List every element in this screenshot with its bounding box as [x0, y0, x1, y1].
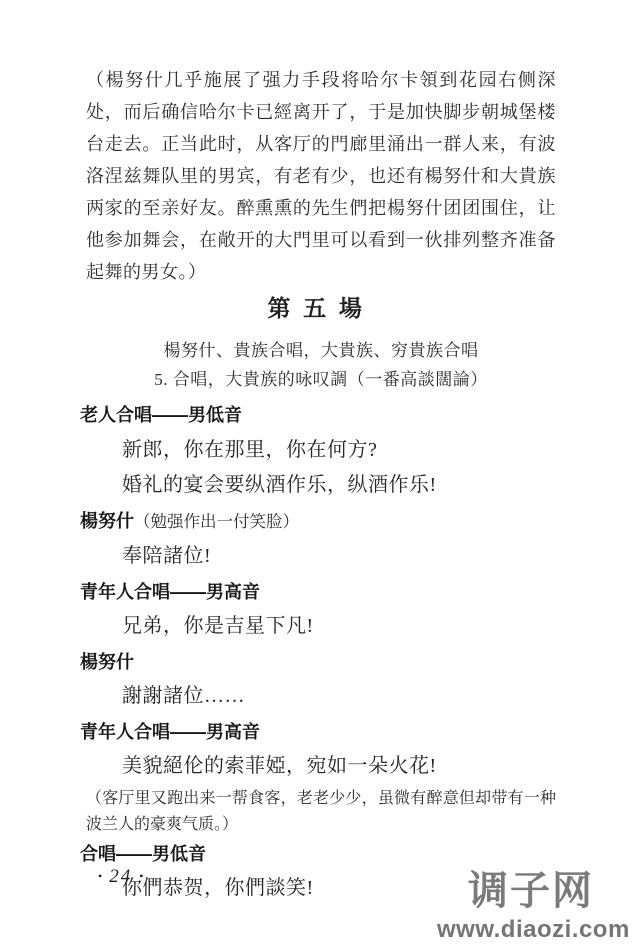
speaker-name: 楊努什 [80, 511, 134, 531]
speaker-heading: 青年人合唱——男高音 [80, 581, 556, 603]
page-number: •24• [98, 866, 143, 888]
lyric-line: 謝謝諸位…… [122, 684, 556, 708]
stage-direction-mid: （客厅里又跑出来一帮食客，老老少少，虽微有醉意但却带有一种波兰人的豪爽气质。） [86, 786, 556, 838]
speaker-heading: 楊努什 [80, 651, 556, 673]
speaker-heading: 老人合唱——男低音 [80, 404, 556, 427]
speaker-name: 老人合唱——男低音 [80, 405, 242, 425]
page-number-left-dot: • [98, 869, 102, 883]
speaker-name: 青年人合唱——男高音 [80, 722, 260, 742]
scanned-book-page: （楊努什几乎施展了强力手段将哈尔卡領到花园右侧深处，而后确信哈尔卡已經离开了，于… [0, 0, 640, 952]
page-number-value: 24 [109, 866, 132, 887]
page-number-right-dot: • [139, 869, 143, 883]
stage-direction-opening: （楊努什几乎施展了强力手段将哈尔卡領到花园右侧深处，而后确信哈尔卡已經离开了，于… [86, 64, 556, 288]
speaker-name: 楊努什 [80, 652, 134, 672]
scene-title: 第五場 [86, 294, 556, 324]
script-blocks: 老人合唱——男低音 新郎，你在那里，你在何方? 婚礼的宴会要纵酒作乐，纵酒作乐!… [86, 404, 556, 900]
lyric-line: 兄弟，你是吉星下凡! [122, 614, 556, 638]
watermark-site-name: 调子网 [468, 869, 594, 913]
watermark-site-url: www.diaozi.com [437, 916, 630, 944]
lyric-line: 奉陪諸位! [122, 544, 556, 568]
lyric-line: 新郎，你在那里，你在何方? [122, 438, 556, 462]
lyric-line: 美貌絕伦的索菲婭，宛如一朵火花! [122, 754, 556, 778]
lyric-line: 婚礼的宴会要纵酒作乐，纵酒作乐! [122, 473, 556, 497]
speaker-name: 青年人合唱——男高音 [80, 582, 260, 602]
speaker-heading: 青年人合唱——男高音 [80, 721, 556, 743]
scene-cast-line: 楊努什、貴族合唱，大貴族、穷貴族合唱 [86, 340, 556, 362]
scene-number-line: 5. 合唱，大貴族的咏叹調（一番高談闊論） [86, 369, 556, 391]
speaker-name: 合唱——男低音 [80, 844, 206, 864]
speaker-heading: 合唱——男低音 [80, 843, 556, 865]
text-column: （楊努什几乎施展了强力手段将哈尔卡領到花园右侧深处，而后确信哈尔卡已經离开了，于… [86, 64, 556, 900]
speaker-note: （勉强作出一付笑脸） [134, 512, 299, 531]
speaker-heading: 楊努什（勉强作出一付笑脸） [80, 510, 556, 533]
